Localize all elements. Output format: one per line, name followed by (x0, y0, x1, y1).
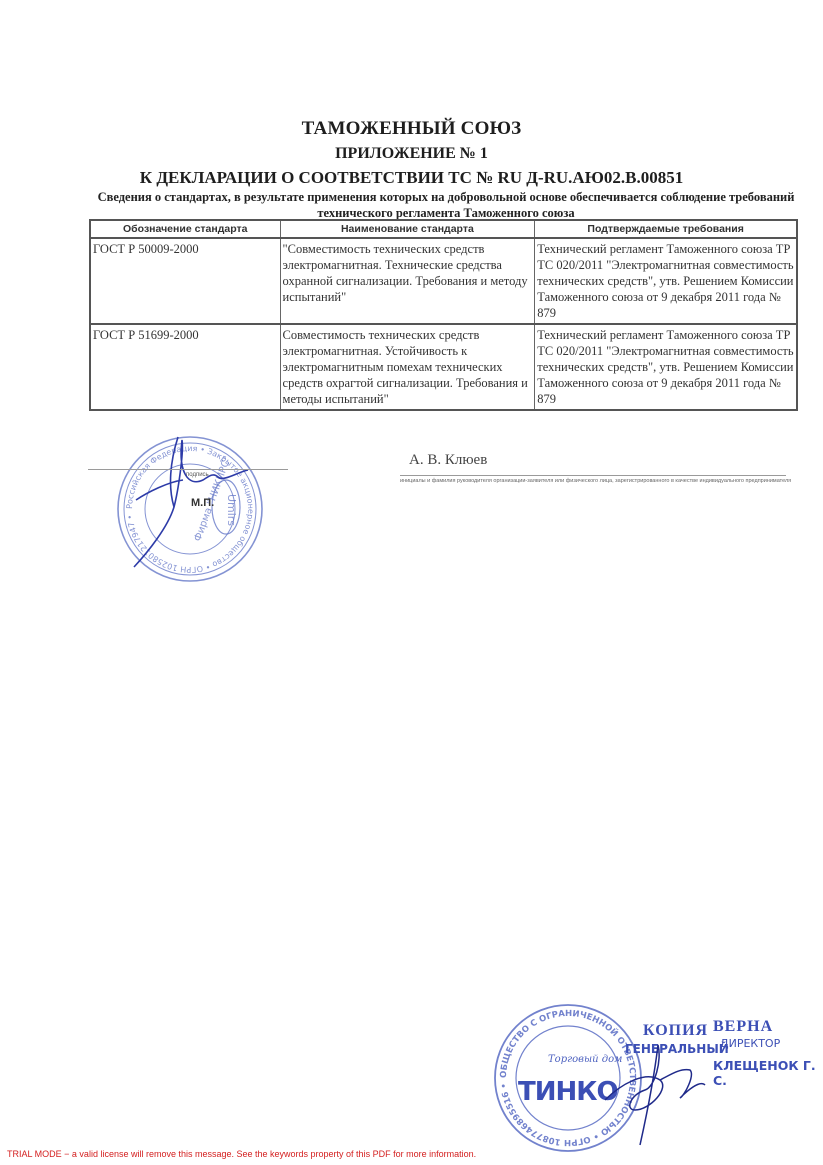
svg-text:Umirs: Umirs (225, 494, 238, 526)
standards-table: Обозначение стандарта Наименование станд… (89, 219, 798, 411)
table-header-row: Обозначение стандарта Наименование станд… (90, 220, 797, 238)
cell-requirements: Технический регламент Таможенного союза … (535, 324, 797, 410)
cell-designation: ГОСТ Р 50009-2000 (90, 238, 280, 324)
table-row: ГОСТ Р 51699-2000 Совместимость техничес… (90, 324, 797, 410)
trial-mode-watermark: TRIAL MODE − a valid license will remove… (7, 1149, 476, 1159)
signer-name-line (400, 475, 786, 476)
cell-requirements: Технический регламент Таможенного союза … (535, 238, 797, 324)
position-label-2: ДИРЕКТОР (720, 1037, 780, 1050)
column-header-designation: Обозначение стандарта (90, 220, 280, 238)
signer-name-caption: инициалы и фамилия руководителя организа… (400, 478, 795, 485)
signature-line (88, 469, 288, 470)
seal-place-label: М.П. (191, 497, 214, 509)
cell-name: "Совместимость технических средств элект… (280, 238, 535, 324)
document-subtitle: Сведения о стандартах, в результате прим… (88, 189, 804, 221)
column-header-name: Наименование стандарта (280, 220, 535, 238)
table-row: ГОСТ Р 50009-2000 "Совместимость техниче… (90, 238, 797, 324)
copy-verified-label-2: ВЕРНА (713, 1018, 773, 1036)
cell-designation: ГОСТ Р 51699-2000 (90, 324, 280, 410)
appendix-title: ПРИЛОЖЕНИЕ № 1 (0, 145, 823, 163)
signer-name: А. В. Клюев (409, 452, 487, 469)
declaration-number-title: К ДЕКЛАРАЦИИ О СООТВЕТСТВИИ ТС № RU Д-RU… (0, 168, 823, 188)
document-title: ТАМОЖЕННЫЙ СОЮЗ (0, 118, 823, 140)
certifier-name: КЛЕЩЕНОК Г. С. (713, 1058, 823, 1088)
cell-name: Совместимость технических средств электр… (280, 324, 535, 410)
company-seal-icon: Российская Федерация • Закрытое акционер… (108, 432, 273, 587)
column-header-requirements: Подтверждаемые требования (535, 220, 797, 238)
signature-label: подпись (186, 472, 209, 478)
certifier-signature-icon (600, 1040, 710, 1150)
copy-verified-label: КОПИЯ (643, 1022, 708, 1040)
